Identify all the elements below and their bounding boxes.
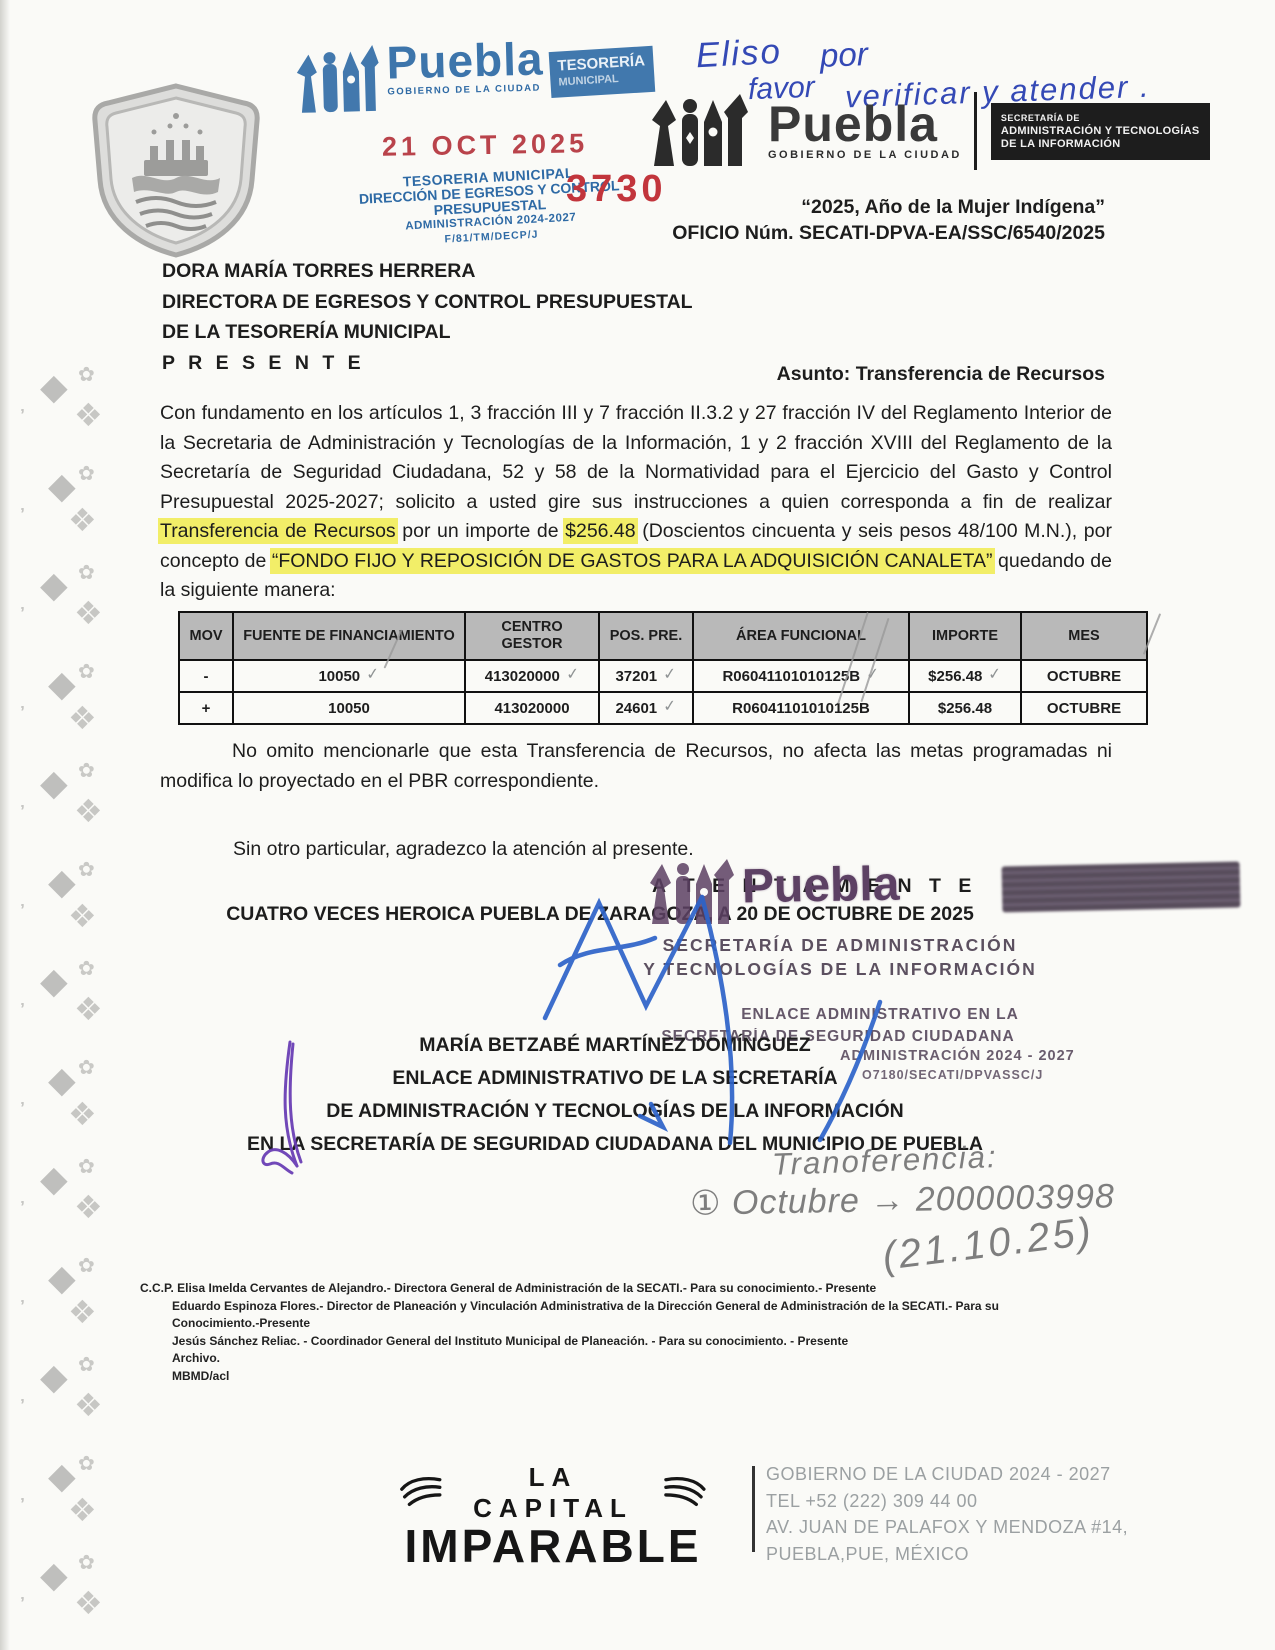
tesoreria-stamp-brand: Puebla bbox=[386, 36, 544, 84]
ccp-line: Eduardo Espinoza Flores.- Director de Pl… bbox=[140, 1298, 999, 1316]
cell-importe: $256.48 bbox=[909, 692, 1021, 724]
cell-mov: + bbox=[179, 692, 233, 724]
cell-mes: OCTUBRE bbox=[1021, 692, 1147, 724]
received-stamp-line: ENLACE ADMINISTRATIVO EN LA bbox=[690, 1006, 1070, 1024]
closing-line: Sin otro particular, agradezco la atenci… bbox=[233, 838, 694, 861]
puebla-logo-purple-icon bbox=[648, 856, 738, 928]
pen-checkmark-icon: ✓ bbox=[662, 695, 677, 716]
col-header-fuente: FUENTE DE FINANCIAMIENTO bbox=[233, 612, 465, 660]
body-paragraph-2: No omito mencionarle que esta Transferen… bbox=[160, 737, 1112, 796]
talavera-ornament-strip bbox=[18, 366, 118, 1650]
dept-box-line: ADMINISTRACIÓN Y TECNOLOGÍAS bbox=[1001, 125, 1200, 138]
highlighted-concept: “FONDO FIJO Y REPOSICIÓN DE GASTOS PARA … bbox=[272, 550, 993, 572]
talavera-ornament-icon bbox=[18, 1059, 118, 1158]
cell-pos-pre: 24601✓ bbox=[599, 692, 693, 724]
city-and-date-line: CUATRO VECES HEROICA PUEBLA DE ZARAGOZA,… bbox=[120, 903, 1080, 926]
left-wing-icon bbox=[398, 1475, 442, 1511]
talavera-ornament-icon bbox=[18, 366, 118, 465]
handwritten-transfer-title: Tranoferencia: bbox=[771, 1139, 998, 1183]
handwritten-note-word1: Eliso bbox=[695, 32, 783, 76]
talavera-ornament-icon bbox=[18, 960, 118, 1059]
highlighted-text: Transferencia de Recursos bbox=[160, 520, 396, 542]
ccp-line: C.C.P. Elisa Imelda Cervantes de Alejand… bbox=[140, 1280, 999, 1298]
talavera-ornament-icon bbox=[18, 1257, 118, 1356]
table-row: + 10050 413020000 24601✓ R06041101010125… bbox=[179, 692, 1147, 724]
talavera-ornament-icon bbox=[18, 861, 118, 960]
header-dept-box: SECRETARÍA DE ADMINISTRACIÓN Y TECNOLOGÍ… bbox=[991, 103, 1210, 160]
la-capital-imparable-logo: LA CAPITAL IMPARABLE bbox=[398, 1462, 708, 1568]
ccp-block: C.C.P. Elisa Imelda Cervantes de Alejand… bbox=[140, 1280, 999, 1385]
received-stamp-brand: Puebla bbox=[742, 857, 900, 915]
talavera-ornament-icon bbox=[18, 1158, 118, 1257]
ccp-line: Jesús Sánchez Reliac. - Coordinador Gene… bbox=[140, 1333, 999, 1351]
cell-fuente: 10050 bbox=[233, 692, 465, 724]
footer-address-line: PUEBLA,PUE, MÉXICO bbox=[766, 1541, 1128, 1568]
received-stamp-line: SECRETARÍA DE ADMINISTRACIÓN bbox=[640, 935, 1040, 956]
secati-letterhead-logo: Puebla GOBIERNO DE LA CIUDAD SECRETARÍA … bbox=[650, 92, 1210, 170]
col-header-mes: MES bbox=[1021, 612, 1147, 660]
footer-address-block: GOBIERNO DE LA CIUDAD 2024 - 2027 TEL +5… bbox=[766, 1461, 1128, 1567]
talavera-ornament-icon bbox=[18, 762, 118, 861]
capital-logo-bottom-text: IMPARABLE bbox=[398, 1524, 708, 1568]
footer-divider bbox=[752, 1466, 755, 1552]
cell-centro-gestor: 413020000 bbox=[465, 692, 599, 724]
recipient-block: DORA MARÍA TORRES HERRERA DIRECTORA DE E… bbox=[162, 256, 693, 378]
cell-area-funcional: R06041101010125B✓ bbox=[693, 660, 909, 692]
talavera-ornament-icon bbox=[18, 564, 118, 663]
talavera-ornament-icon bbox=[18, 1554, 118, 1650]
dept-box-line: DE LA INFORMACIÓN bbox=[1001, 138, 1200, 151]
puebla-city-crest-watermark-icon bbox=[92, 82, 260, 260]
table-row: - 10050✓ 413020000✓ 37201✓ R060411010101… bbox=[179, 660, 1147, 692]
col-header-mov: MOV bbox=[179, 612, 233, 660]
handwritten-note-word2: por bbox=[819, 35, 868, 75]
para1-seg: por un importe de bbox=[396, 520, 565, 542]
footer-address-line: AV. JUAN DE PALAFOX Y MENDOZA #14, bbox=[766, 1514, 1128, 1541]
tesoreria-stamp-box: TESORERÍA MUNICIPAL bbox=[548, 46, 654, 98]
received-stamp-line: Y TECNOLOGÍAS DE LA INFORMACIÓN bbox=[630, 959, 1050, 980]
body-paragraph-1: Con fundamento en los artículos 1, 3 fra… bbox=[160, 399, 1112, 606]
right-wing-icon bbox=[664, 1475, 708, 1511]
received-date-stamp: 21 OCT 2025 bbox=[382, 128, 589, 163]
signer-name: MARÍA BETZABÉ MARTÍNEZ DOMÍNGUEZ bbox=[140, 1029, 1090, 1062]
puebla-logo-black-icon bbox=[650, 92, 760, 170]
year-motto: “2025, Año de la Mujer Indígena” bbox=[400, 196, 1105, 219]
tesoreria-received-stamp: Puebla GOBIERNO DE LA CIUDAD TESORERÍA M… bbox=[294, 33, 676, 117]
ccp-line: Archivo. bbox=[140, 1350, 999, 1368]
signer-title-line: ENLACE ADMINISTRATIVO DE LA SECRETARÍA bbox=[140, 1062, 1090, 1095]
pen-checkmark-icon: ✓ bbox=[565, 663, 580, 684]
capital-logo-top-text: LA CAPITAL bbox=[448, 1462, 659, 1524]
cell-area-funcional: R06041101010125B bbox=[693, 692, 909, 724]
cell-mes: OCTUBRE bbox=[1021, 660, 1147, 692]
col-header-pos-pre: POS. PRE. bbox=[599, 612, 693, 660]
subject-line: Asunto: Transferencia de Recursos bbox=[400, 363, 1105, 386]
talavera-ornament-icon bbox=[18, 1455, 118, 1554]
table-header-row: MOV FUENTE DE FINANCIAMIENTO CENTRO GEST… bbox=[179, 612, 1147, 660]
scan-edge-shadow bbox=[0, 0, 10, 1650]
puebla-logo-blue-icon bbox=[294, 41, 388, 117]
signer-title-line: DE ADMINISTRACIÓN Y TECNOLOGÍAS DE LA IN… bbox=[140, 1095, 1090, 1128]
recipient-title1: DIRECTORA DE EGRESOS Y CONTROL PRESUPUES… bbox=[162, 287, 693, 318]
pen-checkmark-icon: ✓ bbox=[662, 663, 677, 684]
transfer-table: MOV FUENTE DE FINANCIAMIENTO CENTRO GEST… bbox=[178, 611, 1148, 725]
cell-mov: - bbox=[179, 660, 233, 692]
oficio-number: OFICIO Núm. SECATI-DPVA-EA/SSC/6540/2025 bbox=[400, 222, 1105, 245]
talavera-ornament-icon bbox=[18, 465, 118, 564]
highlighted-amount: $256.48 bbox=[565, 520, 636, 542]
dept-box-line: SECRETARÍA DE bbox=[1001, 112, 1200, 125]
ccp-line: MBMD/acl bbox=[140, 1368, 999, 1386]
cell-centro-gestor: 413020000✓ bbox=[465, 660, 599, 692]
ccp-line: Conocimiento.-Presente bbox=[140, 1315, 999, 1333]
footer-address-line: TEL +52 (222) 309 44 00 bbox=[766, 1488, 1128, 1515]
cell-fuente: 10050✓ bbox=[233, 660, 465, 692]
recipient-title2: DE LA TESORERÍA MUNICIPAL bbox=[162, 317, 693, 348]
header-brand: Puebla bbox=[768, 101, 962, 147]
cell-pos-pre: 37201✓ bbox=[599, 660, 693, 692]
col-header-centro-gestor: CENTRO GESTOR bbox=[465, 612, 599, 660]
para1-seg: Con fundamento en los artículos 1, 3 fra… bbox=[160, 402, 1112, 513]
recipient-name: DORA MARÍA TORRES HERRERA bbox=[162, 256, 693, 287]
footer-address-line: GOBIERNO DE LA CIUDAD 2024 - 2027 bbox=[766, 1461, 1128, 1488]
pen-checkmark-icon: ✓ bbox=[988, 663, 1003, 684]
header-divider bbox=[974, 92, 977, 170]
header-brand-sub: GOBIERNO DE LA CIUDAD bbox=[768, 149, 962, 161]
pen-checkmark-icon: ✓ bbox=[365, 663, 380, 684]
cell-importe: $256.48✓ bbox=[909, 660, 1021, 692]
talavera-ornament-icon bbox=[18, 1356, 118, 1455]
scanned-official-letter: Puebla GOBIERNO DE LA CIUDAD TESORERÍA M… bbox=[0, 0, 1275, 1650]
received-stamp-smudged-box bbox=[1002, 862, 1241, 913]
col-header-importe: IMPORTE bbox=[909, 612, 1021, 660]
talavera-ornament-icon bbox=[18, 663, 118, 762]
